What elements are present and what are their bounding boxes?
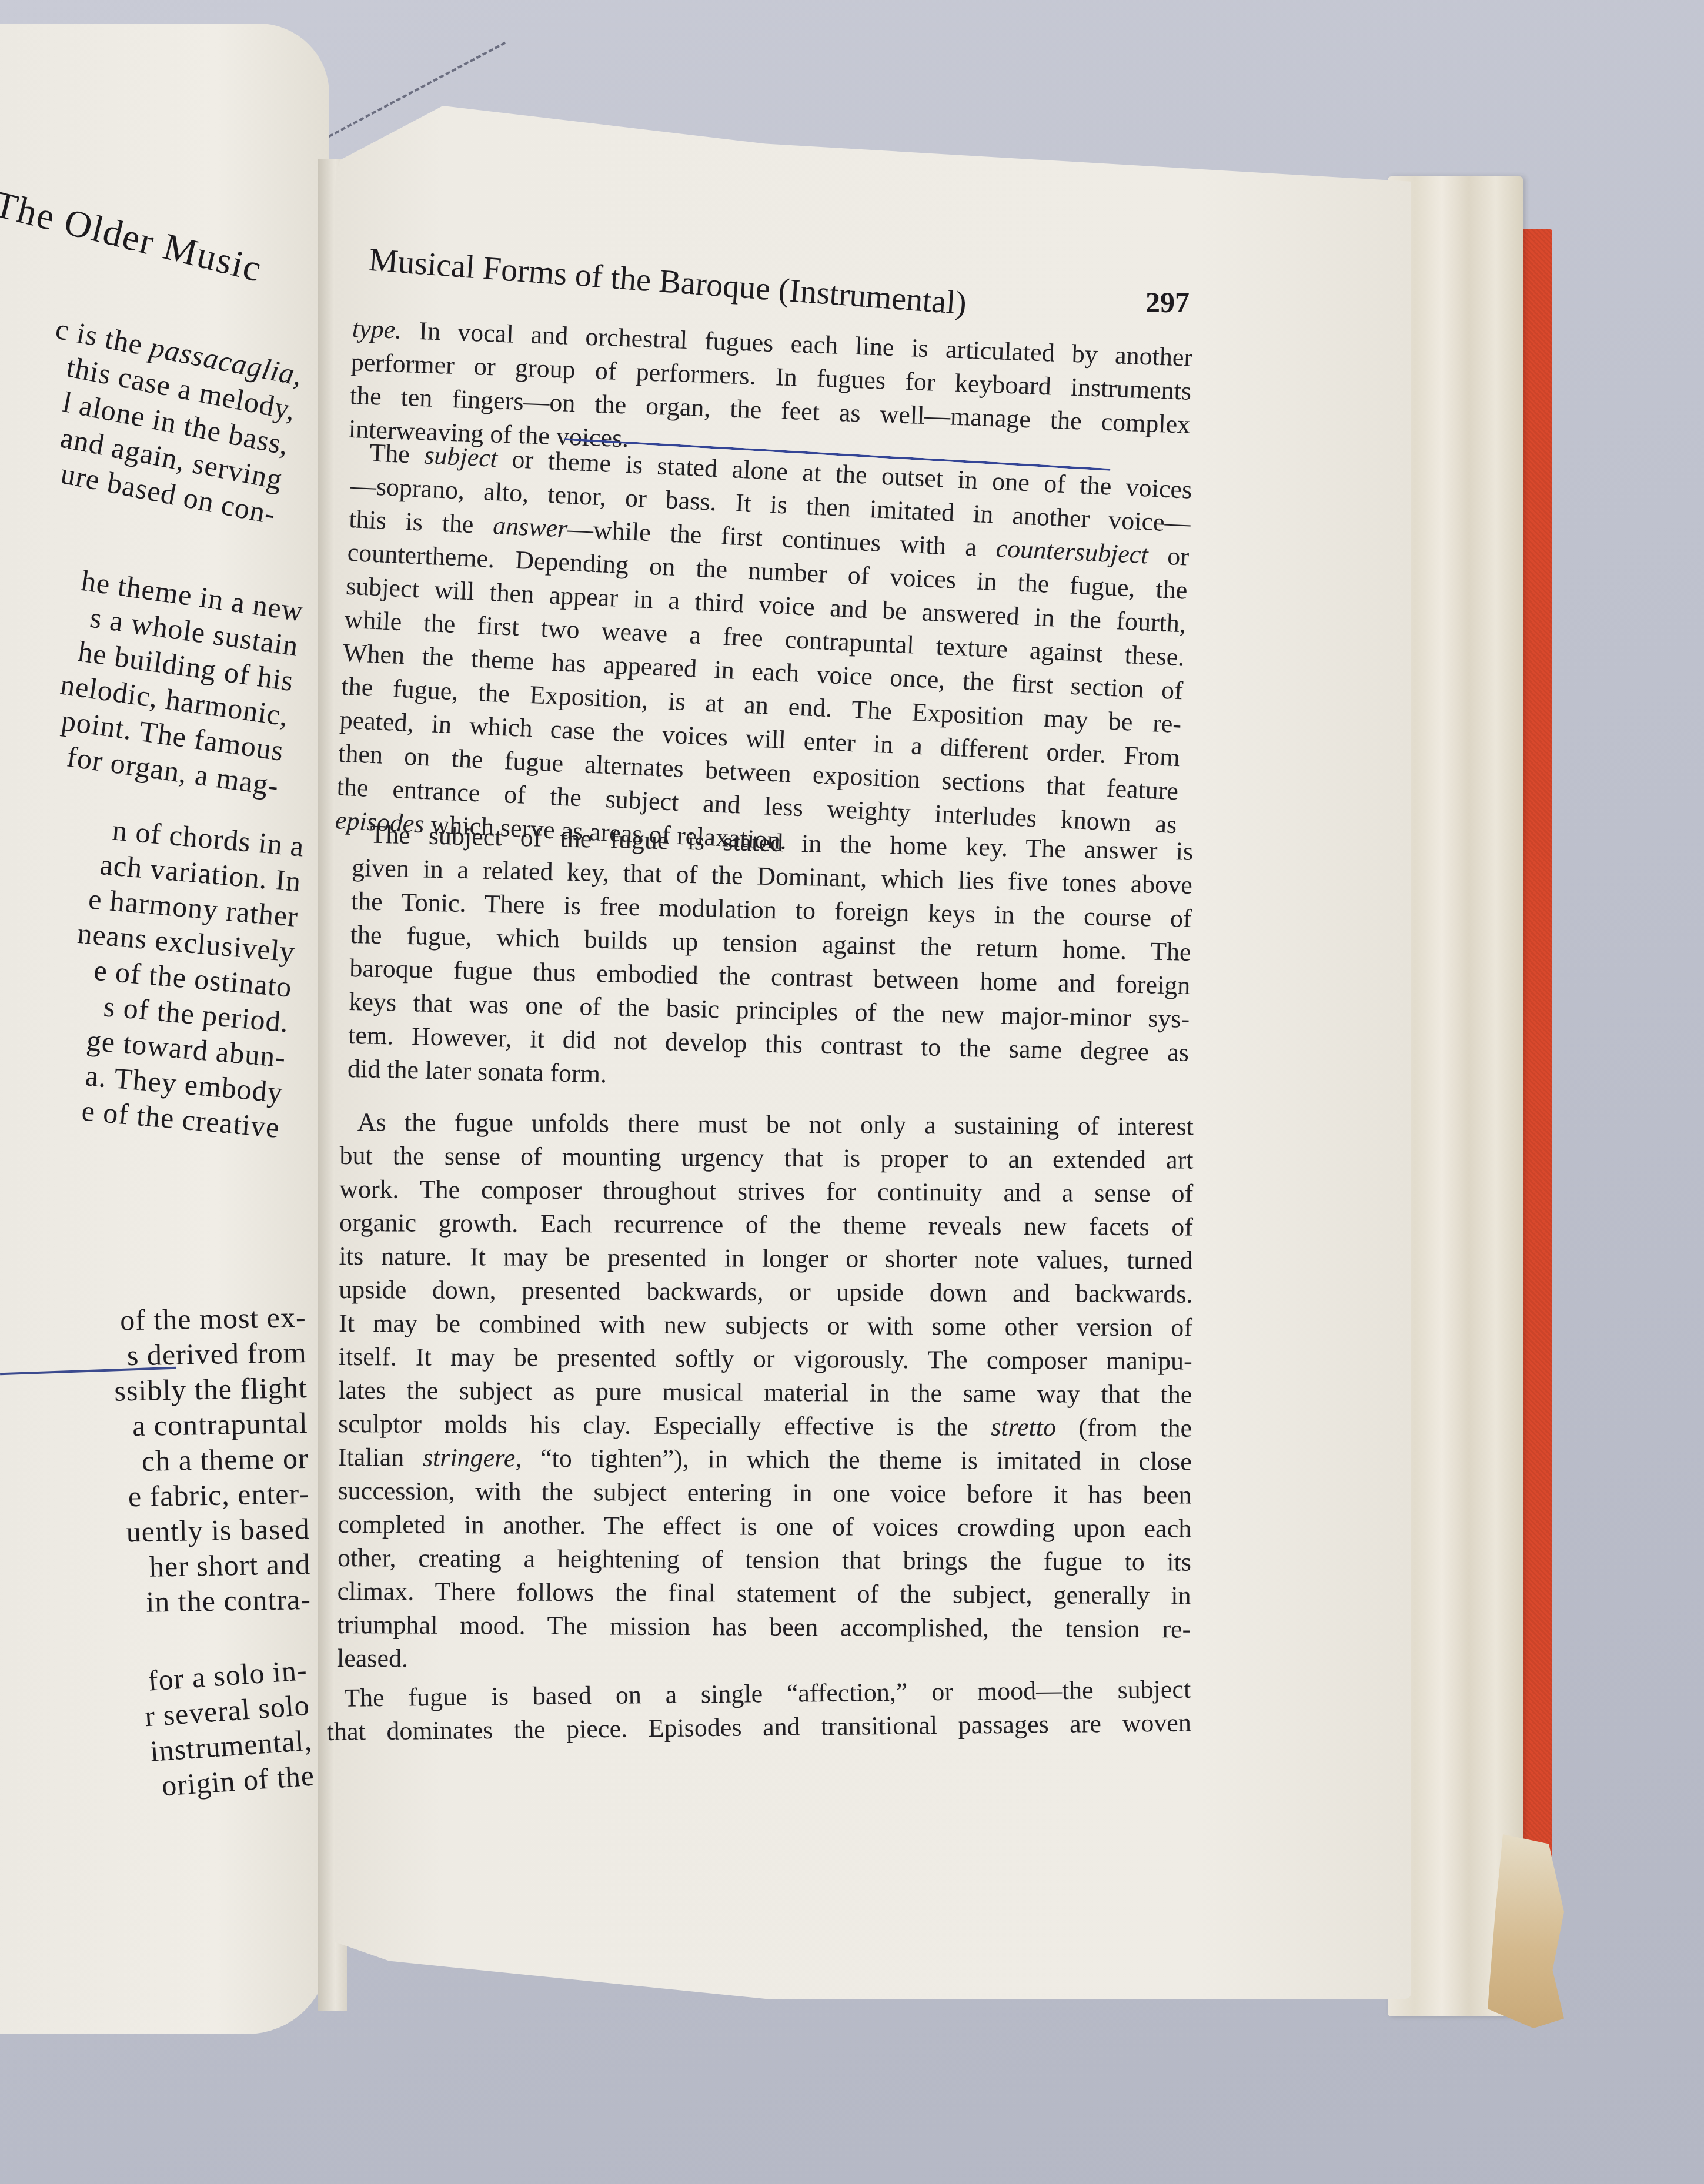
- left-text-block-1: c is the passacaglia, this case a melody…: [0, 300, 306, 532]
- text-line: succession, with the subject entering in…: [338, 1474, 1191, 1512]
- paragraph-5: The fugue is based on a single “affectio…: [326, 1673, 1191, 1748]
- page-number: 297: [1145, 285, 1190, 319]
- text-line: other, creating a heightening of tension…: [338, 1541, 1191, 1579]
- text-line: lates the subject as pure musical materi…: [338, 1373, 1192, 1412]
- text-line: upside down, presented backwards, or ups…: [339, 1273, 1192, 1311]
- text-line: work. The composer throughout strives fo…: [339, 1172, 1193, 1210]
- text-line: Italian stringere, “to tighten”), in whi…: [338, 1440, 1192, 1479]
- left-text-block-3: n of chords in a ach variation. In e har…: [0, 802, 306, 1145]
- italic-term: countersubject: [995, 534, 1149, 570]
- paragraph-3: The subject of the fugue is stated in th…: [347, 817, 1193, 1103]
- left-running-head: The Older Music: [0, 182, 266, 291]
- text-line: her short and: [4, 1546, 310, 1587]
- text-line: completed in another. The effect is one …: [338, 1507, 1191, 1546]
- text-line: itself. It may be presented softly or vi…: [339, 1340, 1192, 1378]
- left-text-block-4: of the most ex- s derived from ssibly th…: [0, 1299, 311, 1622]
- left-page: The Older Music c is the passacaglia, th…: [0, 24, 329, 2034]
- text-line: of the most ex-: [0, 1299, 306, 1340]
- left-text-block-5: for a solo in- r several solo instrument…: [1, 1652, 315, 1814]
- paragraph-4: As the fugue unfolds there must be not o…: [337, 1105, 1194, 1680]
- text-line: triumphal mood. The mission has been acc…: [337, 1608, 1191, 1646]
- text-line: but the sense of mounting urgency that i…: [339, 1139, 1193, 1177]
- text-line: e fabric, enter-: [3, 1476, 309, 1516]
- text-line: uently is based: [4, 1511, 310, 1551]
- italic-term: stretto: [991, 1413, 1056, 1442]
- text-line: a contrapuntal: [2, 1405, 308, 1446]
- italic-term: subject: [423, 441, 498, 473]
- text-line: ch a theme or: [2, 1440, 309, 1481]
- text-line: climax. There follows the final statemen…: [338, 1574, 1191, 1613]
- text-line: its nature. It may be presented in longe…: [339, 1239, 1193, 1277]
- text-line: As the fugue unfolds there must be not o…: [340, 1105, 1194, 1143]
- italic-term: type.: [352, 314, 402, 345]
- text-line: sculptor molds his clay. Especially effe…: [338, 1407, 1192, 1445]
- paragraph-2: The subject or theme is stated alone at …: [335, 435, 1193, 875]
- text-line: organic growth. Each recurrence of the t…: [339, 1206, 1193, 1244]
- italic-term: stringere,: [423, 1443, 522, 1473]
- left-text-block-2: he theme in a new s a whole sustain he b…: [0, 551, 306, 804]
- text-line: ssibly the flight: [1, 1370, 308, 1410]
- text-line: in the contra-: [5, 1581, 311, 1622]
- italic-term: answer: [492, 511, 568, 543]
- text-line: It may be combined with new subjects or …: [339, 1306, 1192, 1344]
